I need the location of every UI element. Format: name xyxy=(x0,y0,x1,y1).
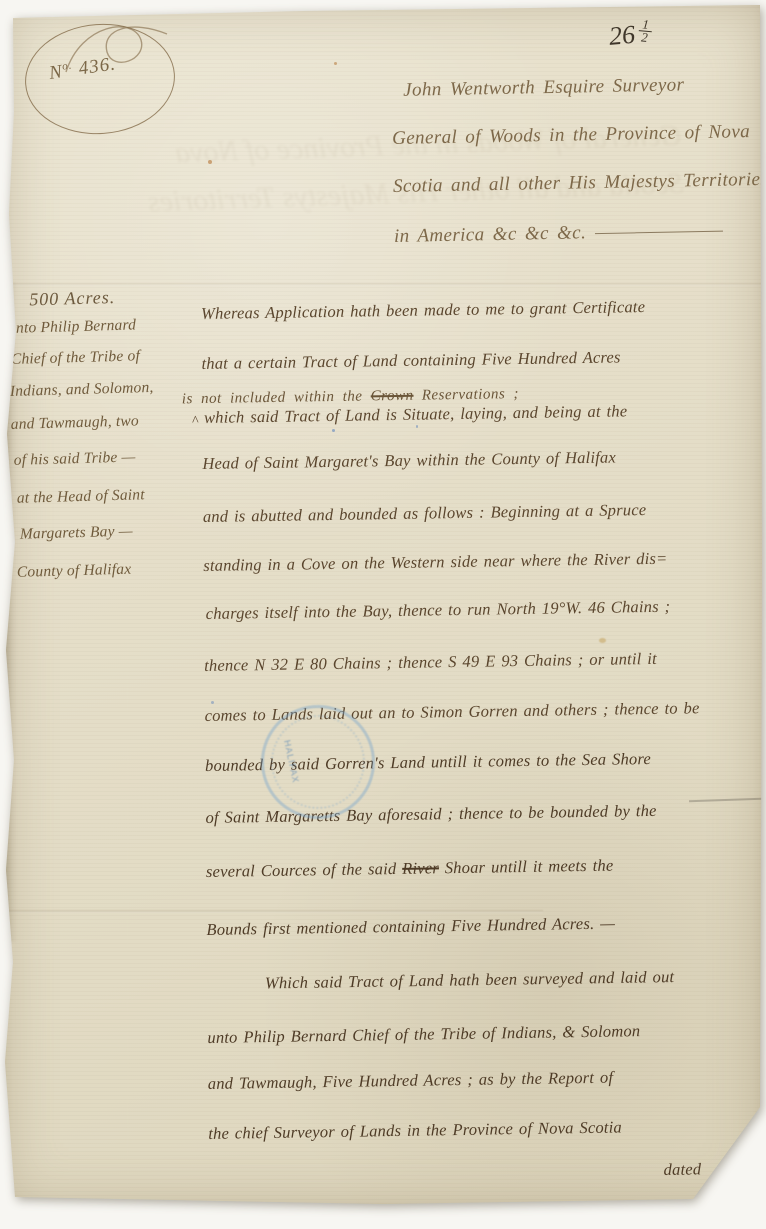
body-line: of Saint Margaretts Bay aforesaid ; then… xyxy=(205,801,656,828)
body-line: thence N 32 E 80 Chains ; thence S 49 E … xyxy=(204,649,657,676)
interline-pre: is not included within the xyxy=(182,389,363,408)
body-line: several Cources of the said River Shoar … xyxy=(206,856,614,882)
body-line: Head of Saint Margaret's Bay within the … xyxy=(202,447,616,473)
body-line: dated xyxy=(663,1159,701,1180)
folio-number: 2612 xyxy=(608,18,653,52)
registry-number-value: 436. xyxy=(77,54,117,80)
insertion-caret: ^ xyxy=(192,414,199,430)
stain-spot xyxy=(208,160,212,164)
margin-line: of his said Tribe — xyxy=(14,448,136,469)
body-line: Bounds first mentioned containing Five H… xyxy=(206,914,615,940)
stain-spot xyxy=(599,638,606,643)
header-underline-rule xyxy=(595,231,723,234)
registry-number-sup: o. xyxy=(61,59,73,72)
header-line-4: in America &c &c &c. xyxy=(394,220,724,248)
stamp-text: HALIFAX xyxy=(282,739,301,784)
body-line: that a certain Tract of Land containing … xyxy=(201,347,620,374)
margin-line: and Tawmaugh, two xyxy=(11,412,140,434)
body-line: unto Philip Bernard Chief of the Tribe o… xyxy=(207,1021,640,1048)
scan-background: General of Woods in the Province of Nova… xyxy=(0,0,766,1229)
margin-acreage: 500 Acres. xyxy=(29,287,116,310)
document-body: Whereas Application hath been made to me… xyxy=(201,297,763,302)
struck-word: River xyxy=(402,858,439,878)
header-line-4-text: in America &c &c &c. xyxy=(394,222,587,247)
body-line: and is abutted and bounded as follows : … xyxy=(203,500,647,527)
ink-speck xyxy=(332,429,335,432)
body-line: standing in a Cove on the Western side n… xyxy=(203,549,667,576)
torn-paper-edge xyxy=(3,282,17,942)
ink-speck xyxy=(5,974,9,981)
body-line: and Tawmaugh, Five Hundred Acres ; as by… xyxy=(208,1068,614,1094)
body-line: Whereas Application hath been made to me… xyxy=(201,297,645,324)
margin-line: at the Head of Saint xyxy=(17,486,145,508)
margin-line: County of Halifax xyxy=(17,561,132,582)
margin-line: unto Philip Bernard xyxy=(8,316,137,338)
folio-fraction-denominator: 2 xyxy=(638,31,652,44)
manuscript-paper: General of Woods in the Province of Nova… xyxy=(3,2,763,1208)
ink-speck xyxy=(416,425,418,428)
folio-integer: 26 xyxy=(608,20,636,51)
fold-crease xyxy=(3,283,763,286)
body-line: charges itself into the Bay, thence to r… xyxy=(206,597,671,624)
ink-speck xyxy=(211,701,214,704)
margin-line: Indians, and Solomon, xyxy=(10,379,154,401)
body-line: the chief Surveyor of Lands in the Provi… xyxy=(208,1117,622,1143)
interline-post: Reservations ; xyxy=(422,386,519,404)
body-line-post: Shoar untill it meets the xyxy=(445,856,614,878)
margin-line: Chief of the Tribe of xyxy=(11,347,141,369)
body-line-pre: several Cources of the said xyxy=(206,859,397,881)
pencil-mark xyxy=(689,798,763,802)
header-line-2: General of Woods in the Province of Nova xyxy=(392,121,750,150)
stain-spot xyxy=(334,62,337,65)
body-line: Which said Tract of Land hath been surve… xyxy=(265,967,675,993)
header-line-1: John Wentworth Esquire Surveyor xyxy=(403,74,685,101)
header: John Wentworth Esquire Surveyor General … xyxy=(391,73,766,80)
margin-line: Margarets Bay — xyxy=(20,523,133,544)
paper-shadow-wrap: General of Woods in the Province of Nova… xyxy=(0,0,766,1229)
folio-fraction: 12 xyxy=(638,18,653,45)
struck-word: Crown xyxy=(371,388,414,405)
fold-crease xyxy=(3,910,543,913)
